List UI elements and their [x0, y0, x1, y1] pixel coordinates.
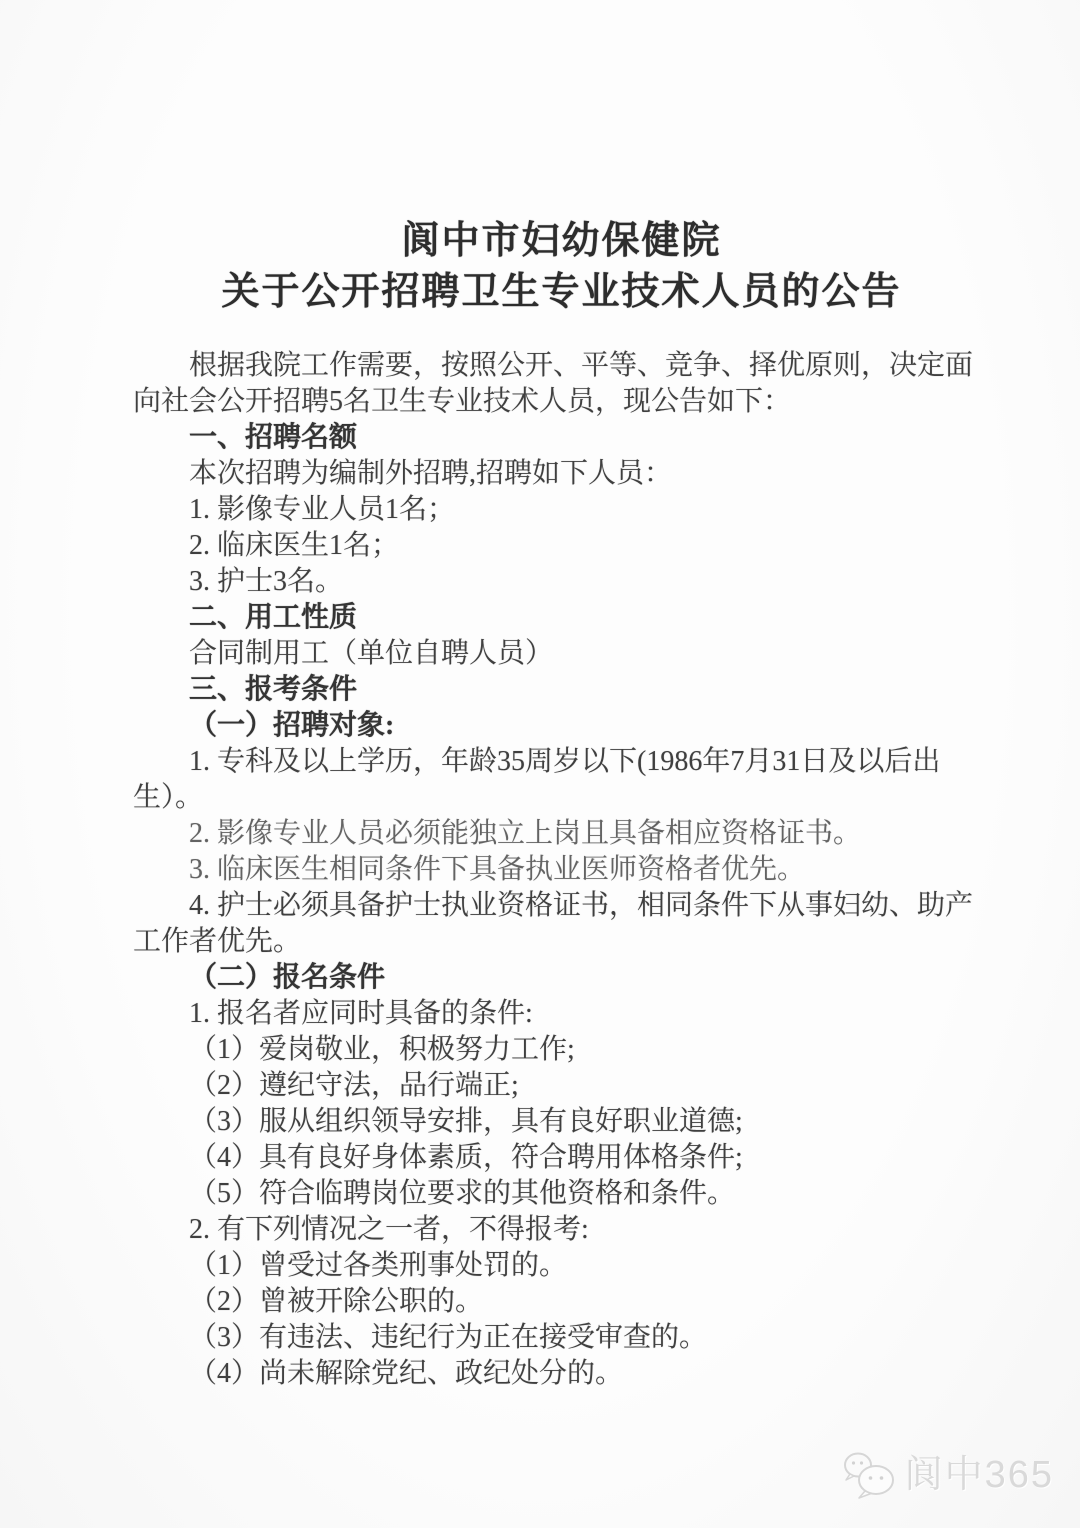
paragraph: （二）报名条件 — [133, 960, 990, 996]
paragraph: 3. 护士3名。 — [133, 564, 990, 600]
document-title: 阆中市妇幼保健院 关于公开招聘卫生专业技术人员的公告 — [133, 216, 990, 318]
paragraph: （一）招聘对象: — [133, 708, 990, 744]
paragraph: （4）尚未解除党纪、政纪处分的。 — [133, 1356, 990, 1392]
paragraph: 4. 护士必须具备护士执业资格证书，相同条件下从事妇幼、助产工作者优先。 — [133, 888, 990, 960]
paragraph: （4）具有良好身体素质，符合聘用体格条件; — [133, 1140, 990, 1176]
paragraph: 三、报考条件 — [133, 672, 990, 708]
paragraph: 2. 有下列情况之一者，不得报考: — [133, 1212, 990, 1248]
paragraph: 3. 临床医生相同条件下具备执业医师资格者优先。 — [133, 852, 990, 888]
paragraph: 合同制用工（单位自聘人员） — [133, 636, 990, 672]
paragraph: （5）符合临聘岗位要求的其他资格和条件。 — [133, 1176, 990, 1212]
document-title-line1: 阆中市妇幼保健院 — [133, 216, 990, 267]
paragraph: 二、用工性质 — [133, 600, 990, 636]
paragraph: 1. 专科及以上学历，年龄35周岁以下(1986年7月31日及以后出生）。 — [133, 744, 990, 816]
paragraph: 1. 影像专业人员1名； — [133, 492, 990, 528]
paragraph: （1）曾受过各类刑事处罚的。 — [133, 1248, 990, 1284]
paragraph: （3）有违法、违纪行为正在接受审查的。 — [133, 1320, 990, 1356]
watermark-label: 阆中365 — [905, 1453, 1054, 1497]
paragraph: 根据我院工作需要，按照公开、平等、竞争、择优原则，决定面向社会公开招聘5名卫生专… — [133, 348, 990, 420]
paragraph: 一、招聘名额 — [133, 420, 990, 456]
document-title-line2: 关于公开招聘卫生专业技术人员的公告 — [133, 267, 990, 318]
paragraph: （2）曾被开除公职的。 — [133, 1284, 990, 1320]
wechat-icon — [841, 1450, 897, 1500]
paragraph: （2）遵纪守法，品行端正; — [133, 1068, 990, 1104]
paragraph: （1）爱岗敬业，积极努力工作; — [133, 1032, 990, 1068]
paragraph: 1. 报名者应同时具备的条件: — [133, 996, 990, 1032]
document-body: 根据我院工作需要，按照公开、平等、竞争、择优原则，决定面向社会公开招聘5名卫生专… — [133, 348, 990, 1392]
paragraph: 2. 临床医生1名； — [133, 528, 990, 564]
paragraph: 本次招聘为编制外招聘,招聘如下人员： — [133, 456, 990, 492]
paragraph: （3）服从组织领导安排，具有良好职业道德; — [133, 1104, 990, 1140]
watermark: 阆中365 — [841, 1450, 1054, 1500]
paragraph: 2. 影像专业人员必须能独立上岗且具备相应资格证书。 — [133, 816, 990, 852]
scanned-document-page: 阆中市妇幼保健院 关于公开招聘卫生专业技术人员的公告 根据我院工作需要，按照公开… — [0, 0, 1080, 1528]
